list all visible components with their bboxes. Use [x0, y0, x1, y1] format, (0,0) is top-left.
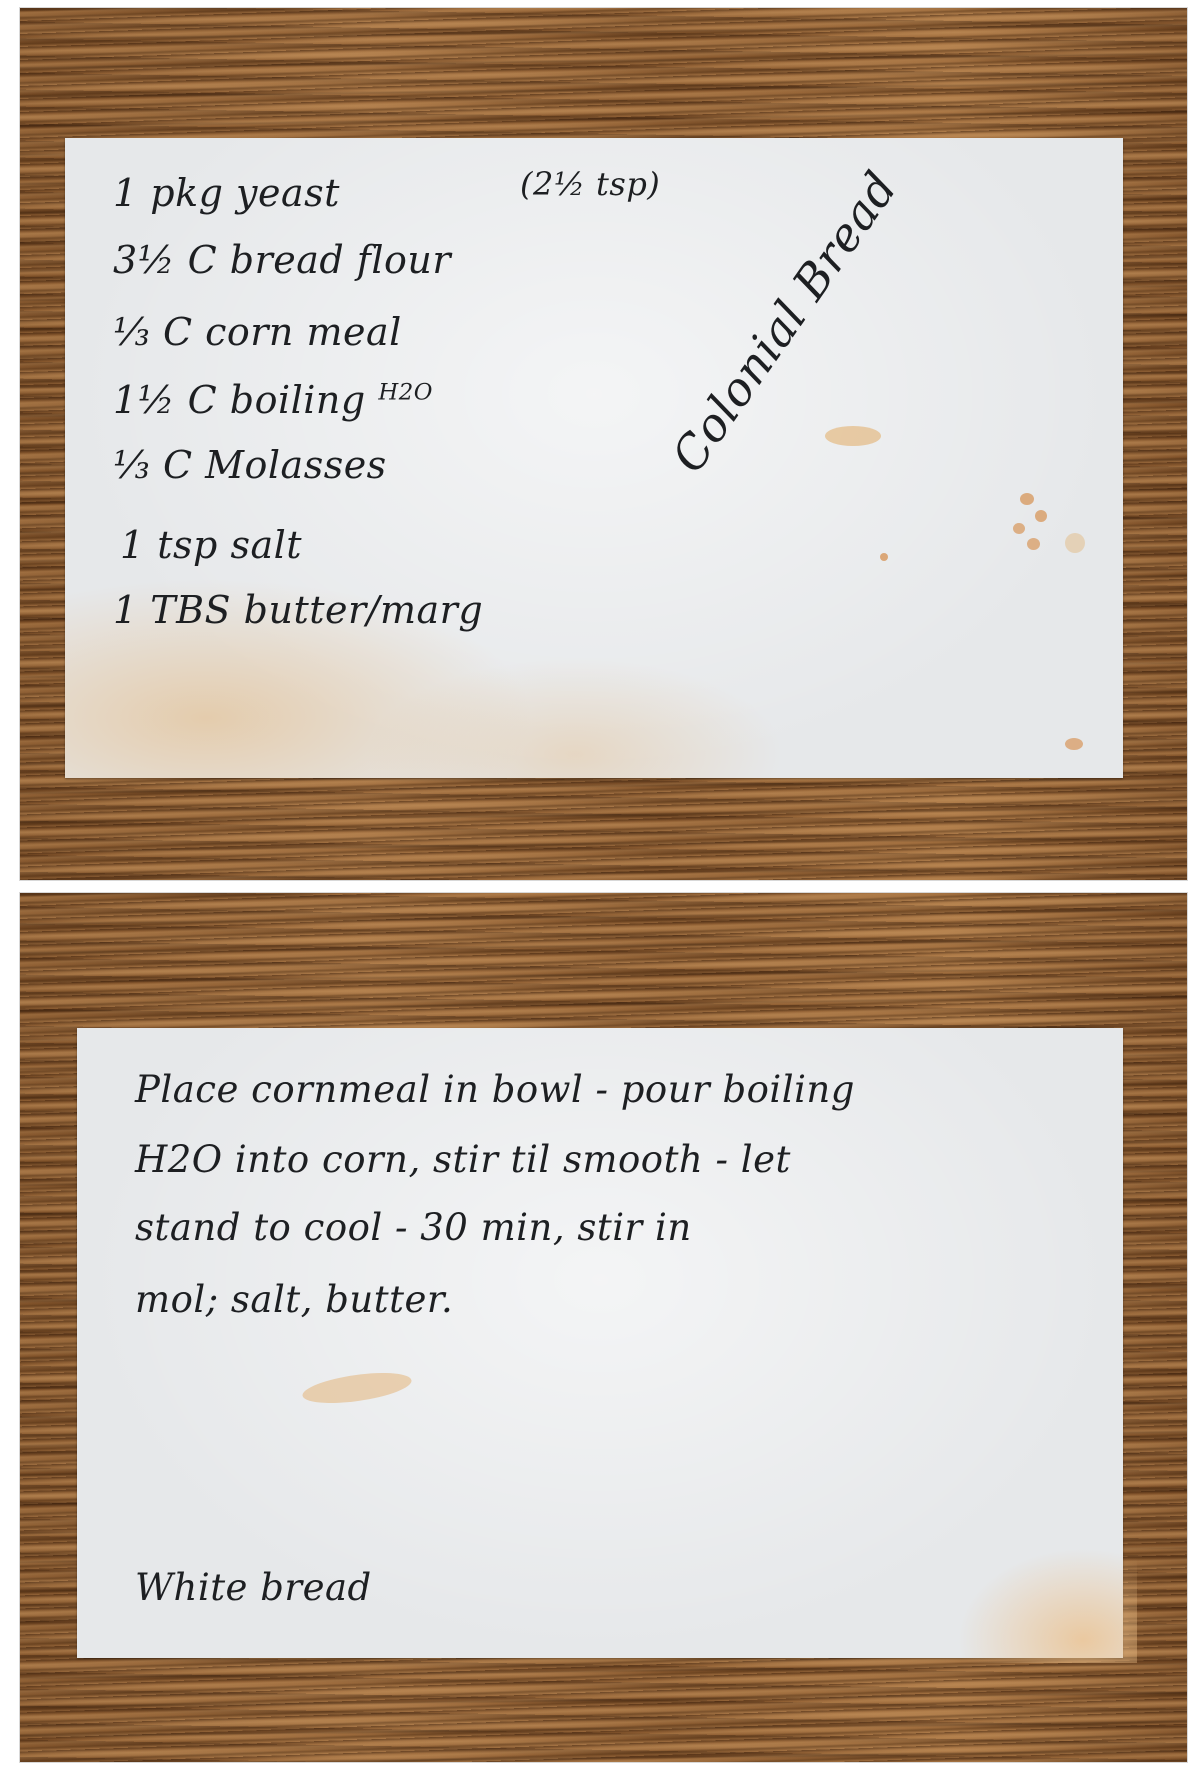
- stain: [957, 1548, 1137, 1663]
- ingredient-qty: 1: [113, 171, 138, 215]
- ingredient-name: C Molasses: [163, 443, 387, 487]
- ingredient-name: C bread flour: [188, 238, 451, 282]
- instruction-line: mol; salt, butter.: [135, 1278, 453, 1321]
- ingredient-name: tsp salt: [157, 523, 302, 567]
- ingredient-name: pkg yeast: [150, 171, 340, 215]
- ingredient-suffix: H2O: [378, 379, 433, 405]
- stain: [1035, 510, 1047, 522]
- stain: [880, 553, 888, 561]
- card-footer-label: White bread: [135, 1566, 372, 1609]
- photo-back-of-card: Place cornmeal in bowl - pour boiling H2…: [20, 893, 1187, 1762]
- instruction-line: H2O into corn, stir til smooth - let: [135, 1138, 791, 1181]
- stain: [1013, 523, 1025, 534]
- instruction-line: Place cornmeal in bowl - pour boiling: [135, 1068, 855, 1111]
- stain: [1027, 538, 1040, 550]
- yeast-note: (2½ tsp): [520, 165, 660, 203]
- ingredient-qty: ⅓: [113, 310, 150, 354]
- photo-front-of-card: 1 pkg yeast (2½ tsp) 3½ C bread flour ⅓ …: [20, 8, 1187, 880]
- stain: [1065, 533, 1085, 553]
- stain: [1065, 738, 1083, 750]
- ingredient-butter: 1 TBS butter/marg: [113, 588, 483, 632]
- ingredient-bread-flour: 3½ C bread flour: [113, 238, 451, 282]
- ingredient-qty: 1½: [113, 378, 175, 422]
- ingredient-qty: 3½: [113, 238, 175, 282]
- instruction-line: stand to cool - 30 min, stir in: [135, 1206, 692, 1249]
- ingredient-molasses: ⅓ C Molasses: [113, 443, 387, 487]
- ingredient-yeast: 1 pkg yeast: [113, 171, 340, 215]
- stain: [1020, 493, 1034, 505]
- ingredient-qty: ⅓: [113, 443, 150, 487]
- stain: [301, 1367, 414, 1408]
- recipe-title: Colonial Bread: [661, 162, 908, 482]
- ingredient-qty: 1: [113, 588, 138, 632]
- stain: [825, 426, 881, 446]
- recipe-card-back: Place cornmeal in bowl - pour boiling H2…: [77, 1028, 1123, 1658]
- ingredient-name: C boiling: [188, 378, 366, 422]
- ingredient-corn-meal: ⅓ C corn meal: [113, 310, 402, 354]
- recipe-card-front: 1 pkg yeast (2½ tsp) 3½ C bread flour ⅓ …: [65, 138, 1123, 778]
- stain: [365, 658, 785, 778]
- ingredient-name: C corn meal: [163, 310, 402, 354]
- ingredient-boiling-water: 1½ C boiling H2O: [113, 378, 433, 422]
- ingredient-name: TBS butter/marg: [150, 588, 483, 632]
- ingredient-salt: 1 tsp salt: [120, 523, 302, 567]
- ingredient-qty: 1: [120, 523, 145, 567]
